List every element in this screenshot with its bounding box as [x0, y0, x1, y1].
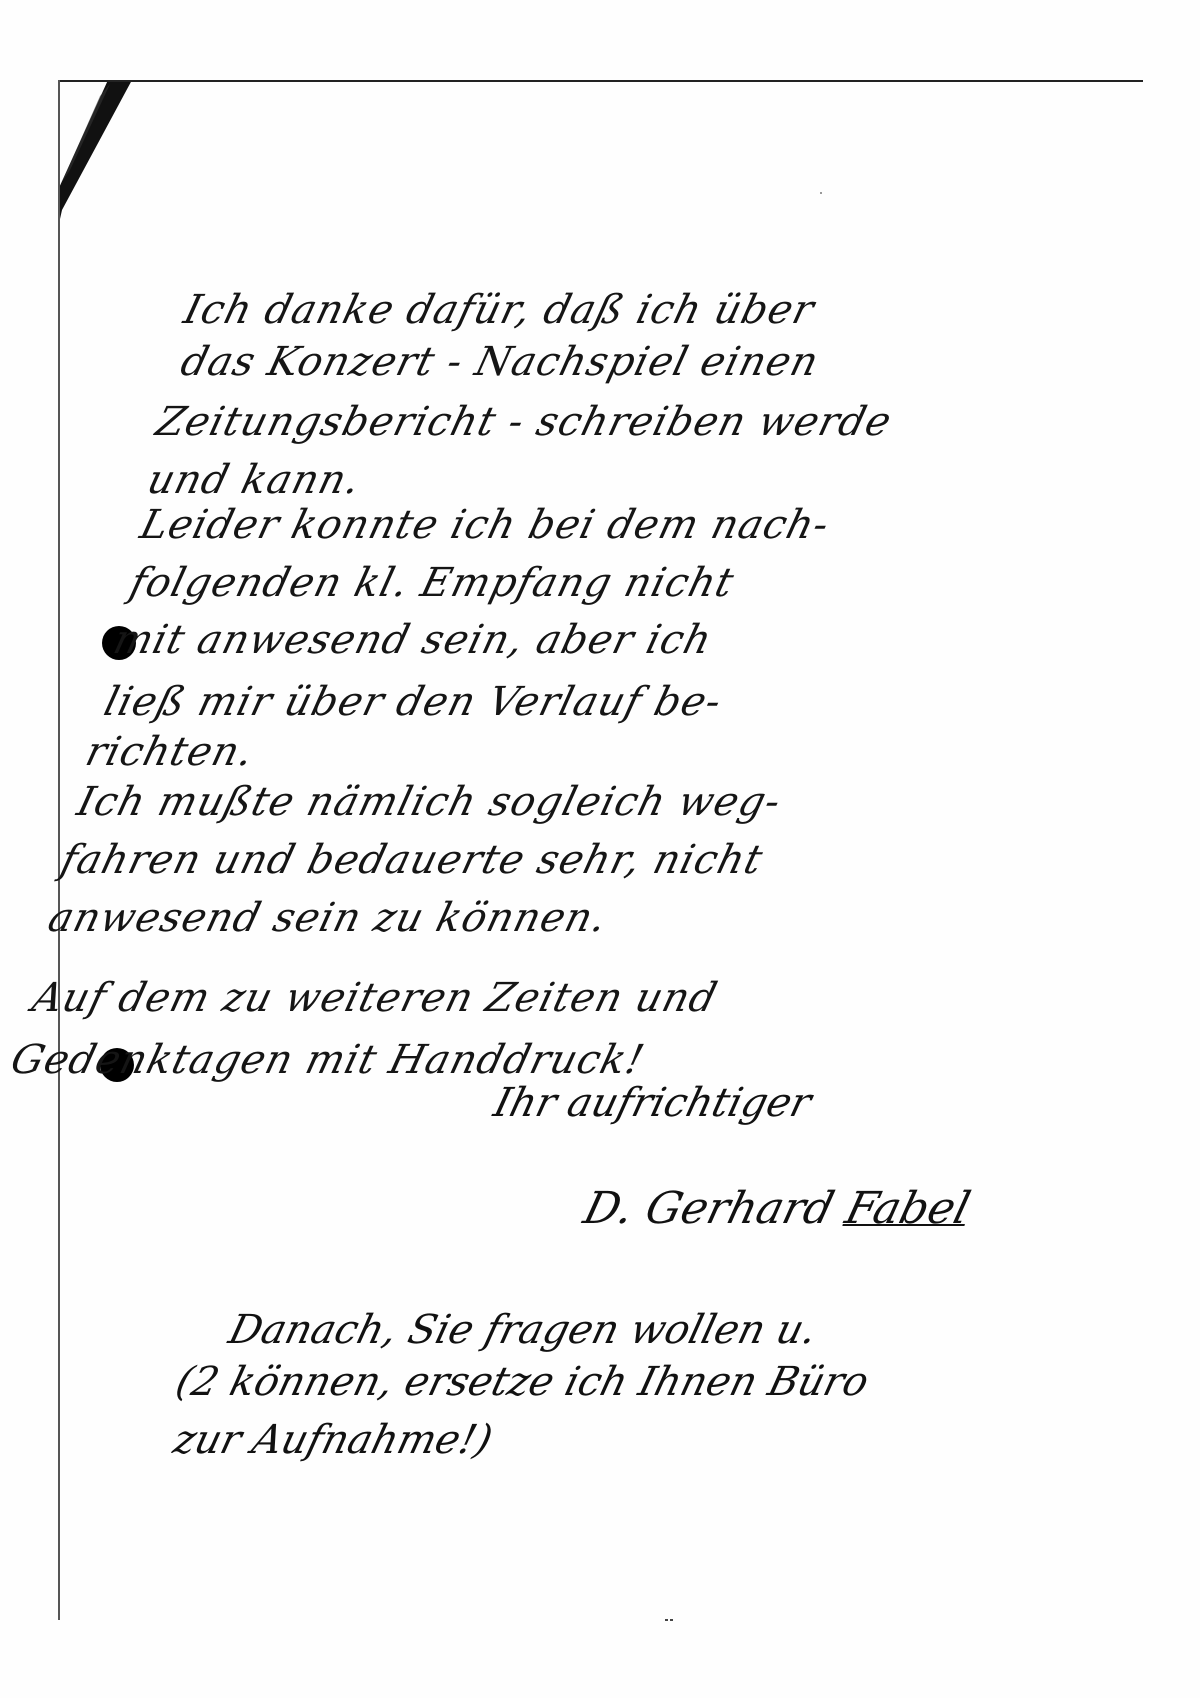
letter-line: fahren und bedauerte sehr, nicht — [57, 840, 767, 880]
letter-line: richten. — [82, 732, 258, 772]
postscript-line: Danach, Sie fragen wollen u. — [225, 1310, 821, 1350]
postscript-line: (2 können, ersetze ich Ihnen Büro — [172, 1362, 872, 1402]
letter-line: Leider konnte ich bei dem nach- — [136, 505, 833, 545]
scan-speck — [820, 192, 822, 194]
scanned-page: Ich danke dafür, daß ich über das Konzer… — [0, 0, 1200, 1698]
letter-line: Gedenktagen mit Handdruck! — [7, 1040, 648, 1080]
signature-surname: Fabel — [840, 1183, 975, 1234]
signature-given-name: Gerhard — [640, 1183, 839, 1234]
postscript-line: zur Aufnahme!) — [170, 1420, 497, 1460]
signature: D. Gerhard Fabel — [579, 1183, 975, 1234]
letter-line: folgenden kl. Empfang nicht — [126, 563, 738, 603]
letter-line: Zeitungsbericht - schreiben werde — [152, 402, 896, 442]
letter-line: Ich mußte nämlich sogleich weg- — [73, 782, 785, 822]
letter-line: ließ mir über den Verlauf be- — [100, 682, 726, 722]
letter-line: Auf dem zu weiteren Zeiten und — [28, 978, 721, 1018]
letter-line: mit anwesend sein, aber ich — [110, 620, 716, 660]
letter-line: und kann. — [144, 460, 365, 500]
page-border-left — [58, 80, 60, 1620]
letter-line: anwesend sein zu können. — [44, 898, 611, 938]
signature-initial: D. — [579, 1183, 639, 1234]
page-border-top — [58, 80, 1143, 82]
scan-speck — [670, 1619, 673, 1621]
letter-line: Ich danke dafür, daß ich über — [180, 290, 818, 330]
scan-speck — [665, 1619, 668, 1621]
corner-fold-shadow — [0, 0, 200, 260]
letter-line: das Konzert - Nachspiel einen — [177, 342, 823, 382]
letter-closing: Ihr aufrichtiger — [489, 1080, 816, 1126]
